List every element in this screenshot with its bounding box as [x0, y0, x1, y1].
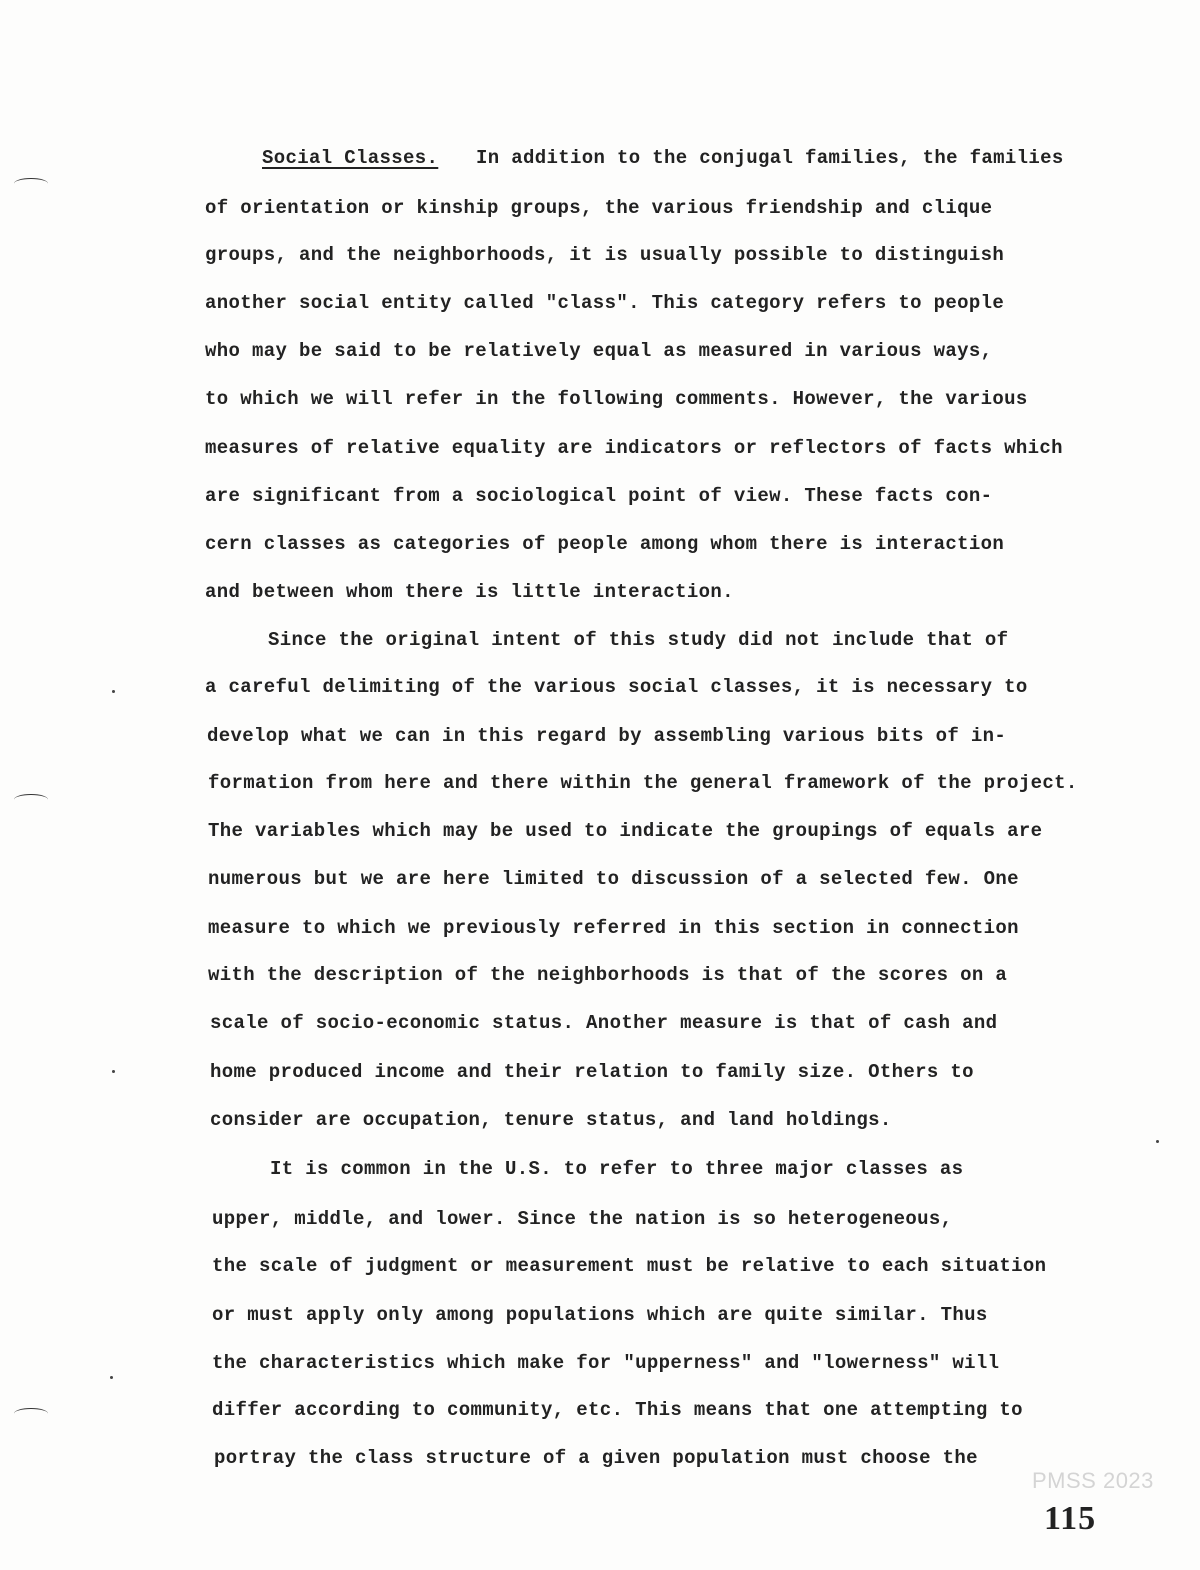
punch-hole-mark — [14, 794, 48, 805]
text-line: or must apply only among populations whi… — [212, 1303, 988, 1327]
text-line: cern classes as categories of people amo… — [205, 532, 1004, 556]
scan-speck — [112, 690, 115, 693]
text-line: In addition to the conjugal families, th… — [476, 146, 1064, 170]
text-line: upper, middle, and lower. Since the nati… — [212, 1207, 952, 1231]
text-line: scale of socio-economic status. Another … — [210, 1011, 997, 1035]
text-line: who may be said to be relatively equal a… — [205, 339, 992, 363]
text-line: It is common in the U.S. to refer to thr… — [270, 1157, 963, 1181]
text-line: and between whom there is little interac… — [205, 580, 734, 604]
text-line: measures of relative equality are indica… — [205, 436, 1063, 460]
scan-speck — [112, 1070, 115, 1073]
text-line: the scale of judgment or measurement mus… — [212, 1254, 1046, 1278]
text-line: develop what we can in this regard by as… — [207, 724, 1006, 748]
text-line: are significant from a sociological poin… — [205, 484, 992, 508]
scan-speck — [110, 1376, 113, 1379]
text-line: of orientation or kinship groups, the va… — [205, 196, 992, 220]
watermark: PMSS 2023 — [1032, 1468, 1154, 1494]
scan-speck — [1156, 1140, 1159, 1143]
text-line: numerous but we are here limited to disc… — [208, 867, 1019, 891]
text-line: measure to which we previously referred … — [208, 916, 1019, 940]
text-line: a careful delimiting of the various soci… — [205, 675, 1028, 699]
text-line: with the description of the neighborhood… — [208, 963, 1007, 987]
page-number: 115 — [1044, 1500, 1096, 1538]
text-line: The variables which may be used to indic… — [208, 819, 1042, 843]
text-line: another social entity called "class". Th… — [205, 291, 1004, 315]
punch-hole-mark — [14, 178, 48, 189]
text-line: portray the class structure of a given p… — [214, 1446, 978, 1470]
text-line: the characteristics which make for "uppe… — [212, 1351, 999, 1375]
punch-hole-mark — [14, 1408, 48, 1419]
text-line: differ according to community, etc. This… — [212, 1398, 1023, 1422]
text-line: to which we will refer in the following … — [205, 387, 1028, 411]
text-line: formation from here and there within the… — [208, 771, 1078, 795]
text-line: groups, and the neighborhoods, it is usu… — [205, 243, 1004, 267]
text-line: consider are occupation, tenure status, … — [210, 1108, 892, 1132]
text-line: home produced income and their relation … — [210, 1060, 974, 1084]
document-page: Social Classes. In addition to the conju… — [0, 0, 1200, 1570]
section-heading: Social Classes. — [262, 146, 438, 170]
text-line: Since the original intent of this study … — [268, 628, 1008, 652]
